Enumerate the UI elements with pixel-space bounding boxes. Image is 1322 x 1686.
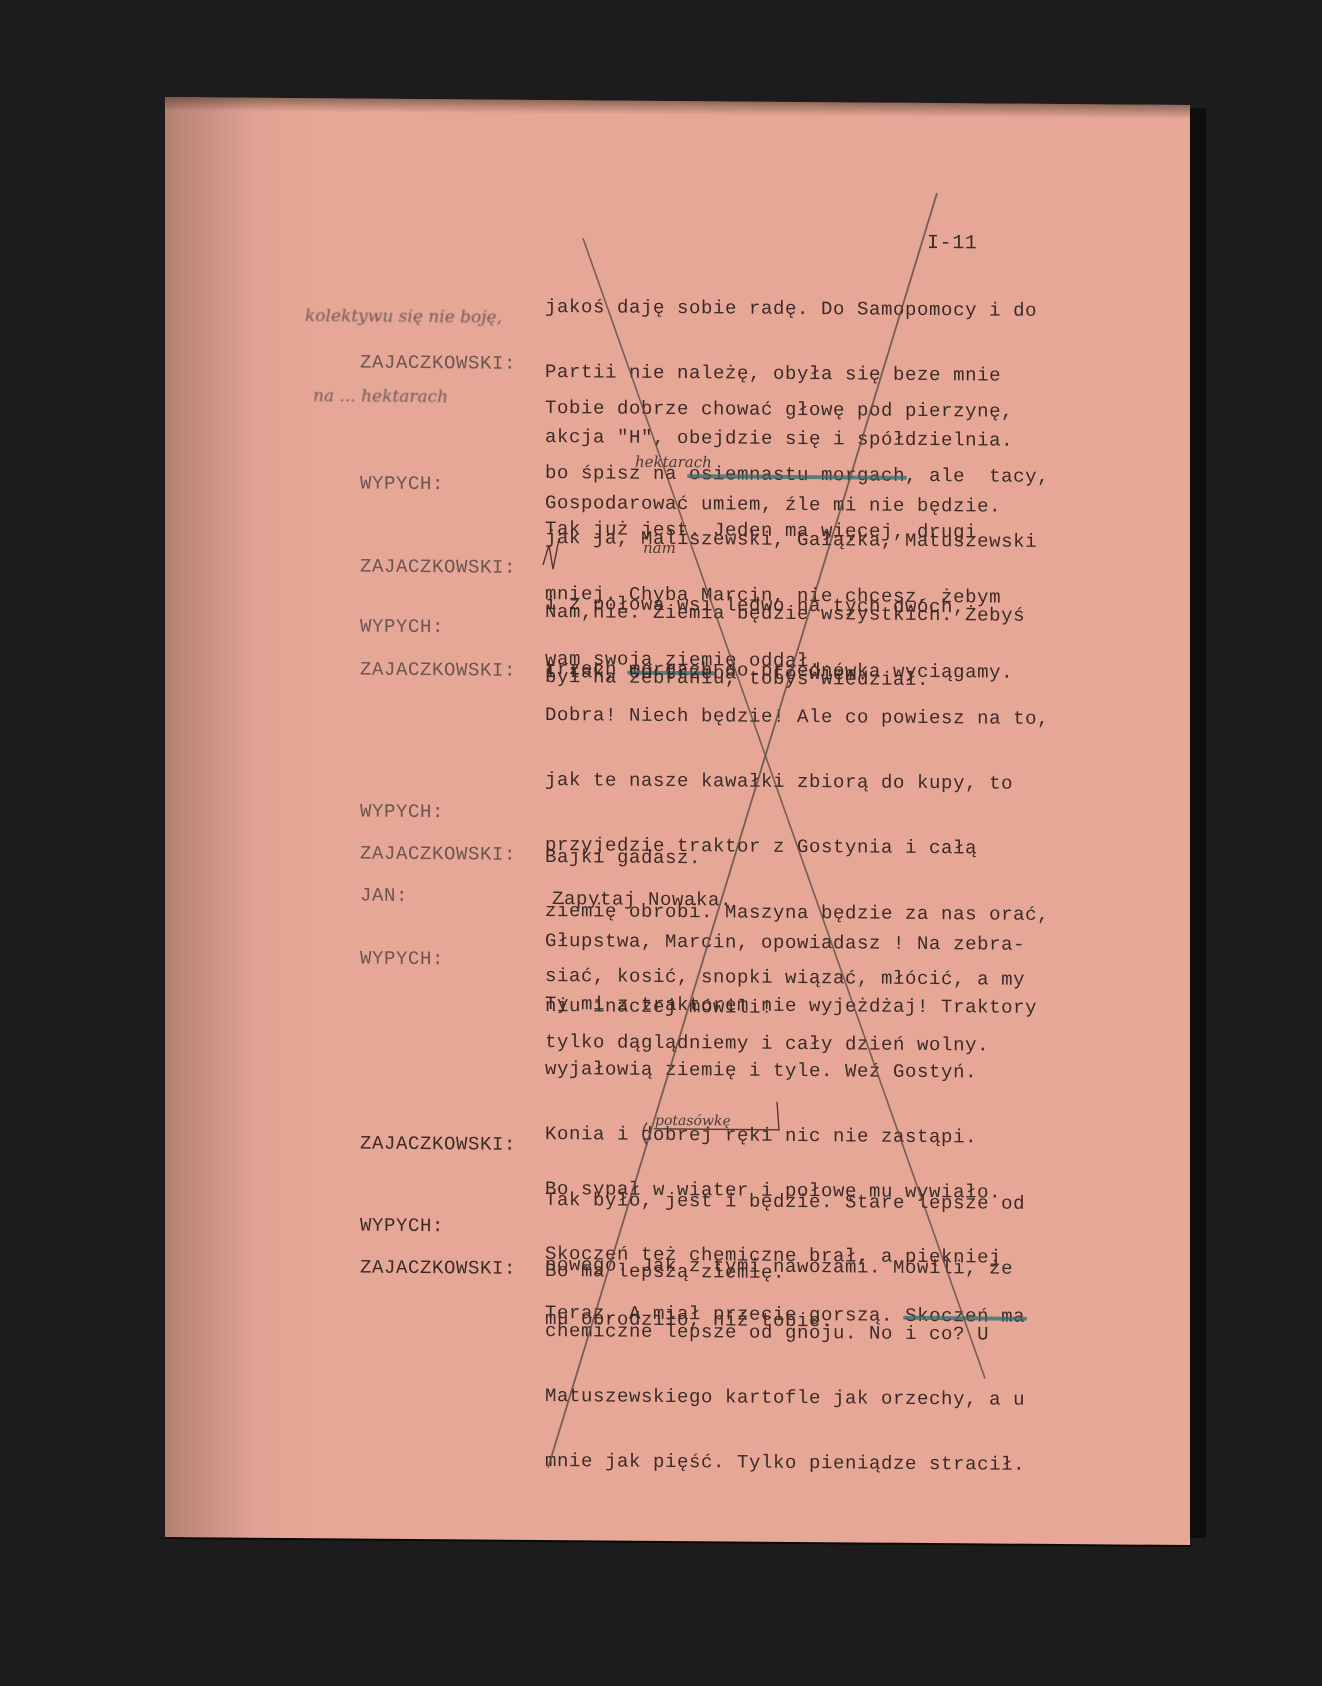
speaker-label: ZAJACZKOWSKI:	[360, 1134, 516, 1157]
speaker-label: ZAJACZKOWSKI:	[360, 557, 516, 580]
binding-shade	[165, 97, 315, 1538]
speaker-label: WYPYCH:	[360, 617, 444, 639]
text-line: jak te nasze kawałki zbiorą do kupy, to	[545, 770, 1049, 796]
speech-block: Teraz, A miał przecie gorszą. Skoczeń ma	[545, 1259, 1025, 1372]
text-line: jakoś daję sobie radę. Do Samopomocy i d…	[545, 297, 1037, 323]
handwritten-insert: potasówkę	[655, 1113, 731, 1130]
text-line: Matuszewskiego kartofle jak orzechy, a u	[545, 1386, 1037, 1412]
text-line: Tak już jest. Jeden ma więcej, drugi	[545, 519, 1001, 544]
speaker-label: WYPYCH:	[360, 802, 444, 824]
text-line: Bo sypał w wiater i połowę mu wywiało.	[545, 1179, 1001, 1204]
speaker-label: WYPYCH:	[360, 949, 444, 971]
page-shadow	[1188, 108, 1206, 1538]
text-line: Teraz, A miał przecie gorszą. Skoczeń ma	[545, 1303, 1025, 1329]
page-number: I-11	[927, 233, 977, 255]
speaker-label: WYPYCH:	[360, 1216, 444, 1238]
text-line: Dobra! Niech będzie! Ale co powiesz na t…	[545, 705, 1049, 731]
margin-note-2: na ... hektarach	[313, 386, 448, 407]
text-line: Tobie dobrze chować głowę pod pierzynę,	[545, 398, 1049, 424]
margin-note-1: kolektywu się nie boję,	[305, 306, 502, 328]
text-line: wyjałowią ziemię i tyle. Weź Gostyń.	[545, 1059, 1037, 1085]
typescript-page: I-11 kolektywu się nie boję, na ... hekt…	[165, 97, 1190, 1545]
speaker-label: JAN:	[360, 886, 408, 908]
speaker-label: ZAJACZKOWSKI:	[360, 1258, 516, 1281]
top-edge-shade	[165, 97, 1190, 119]
handwritten-insert: hektarach	[635, 453, 712, 472]
text-line: Ty mi z traktorem nie wyjeżdżaj! Traktor…	[545, 994, 1037, 1020]
text-line: mnie jak pięść. Tylko pieniądze stracił.	[545, 1451, 1037, 1477]
speaker-label: WYPYCH:	[360, 474, 444, 496]
speaker-label: ZAJACZKOWSKI:	[360, 660, 516, 683]
struck-text: Skoczeń ma	[905, 1304, 1025, 1327]
speaker-label: ZAJACZKOWSKI:	[360, 844, 516, 867]
speaker-label: ZAJACZKOWSKI:	[360, 353, 516, 376]
handwritten-insert: nam	[643, 539, 676, 557]
